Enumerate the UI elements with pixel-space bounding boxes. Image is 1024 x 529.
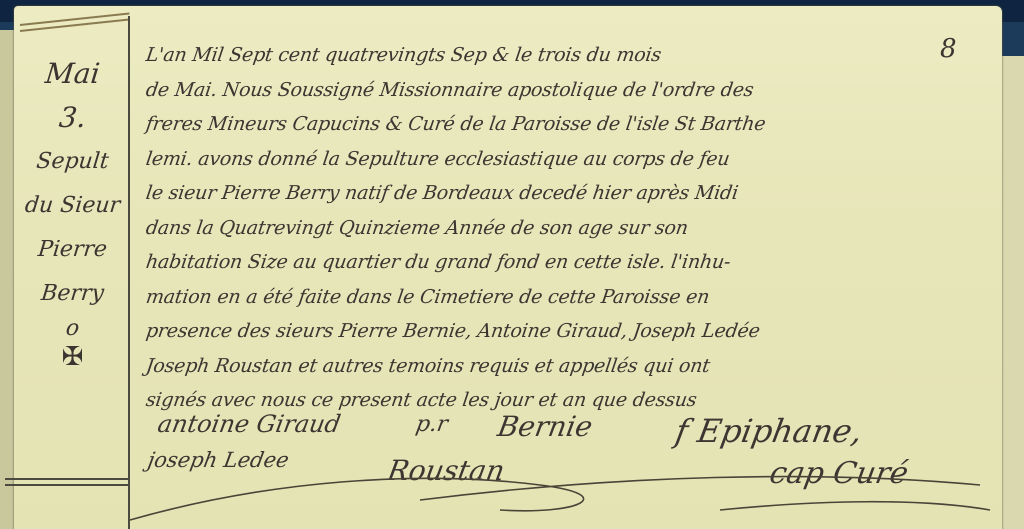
margin-bottom-rule-2 xyxy=(5,484,129,486)
record-line: lemi. avons donné la Sepulture ecclesias… xyxy=(144,142,999,177)
margin-sepult: Sepult xyxy=(18,140,128,184)
margin-day: 3. xyxy=(18,96,128,140)
margin-du-sieur: du Sieur xyxy=(18,184,128,228)
next-page-edge xyxy=(1000,56,1024,529)
margin-annotation: Mai 3. Sepult du Sieur Pierre Berry o ✠ xyxy=(20,52,125,372)
record-line: de Mai. Nous Soussigné Missionnaire apos… xyxy=(144,73,999,108)
record-line: habitation Size au quartier du grand fon… xyxy=(144,245,999,280)
signature-flourish xyxy=(120,440,1000,529)
signature-bernie: Bernie xyxy=(495,410,595,443)
margin-first-name: Pierre xyxy=(18,228,128,272)
cross-icon: ✠ xyxy=(20,342,125,372)
signature-mark-pr: p.r xyxy=(414,412,450,437)
signature-antoine-giraud: antoine Giraud xyxy=(156,410,343,438)
record-line: L'an Mil Sept cent quatrevingts Sep & le… xyxy=(144,38,999,73)
margin-mark: o xyxy=(19,316,127,342)
record-line: presence des sieurs Pierre Bernie, Antoi… xyxy=(144,314,999,349)
record-line: le sieur Pierre Berry natif de Bordeaux … xyxy=(144,176,999,211)
record-line: Joseph Roustan et autres temoins requis … xyxy=(144,349,999,384)
margin-surname: Berry xyxy=(18,272,128,316)
record-line: mation en a été faite dans le Cimetiere … xyxy=(144,280,999,315)
margin-month: Mai xyxy=(18,52,128,96)
record-line: dans la Quatrevingt Quinzieme Année de s… xyxy=(144,211,999,246)
margin-bottom-rule xyxy=(5,478,129,480)
record-line: freres Mineurs Capucins & Curé de la Par… xyxy=(144,107,999,142)
record-text: L'an Mil Sept cent quatrevingts Sep & le… xyxy=(146,38,996,418)
